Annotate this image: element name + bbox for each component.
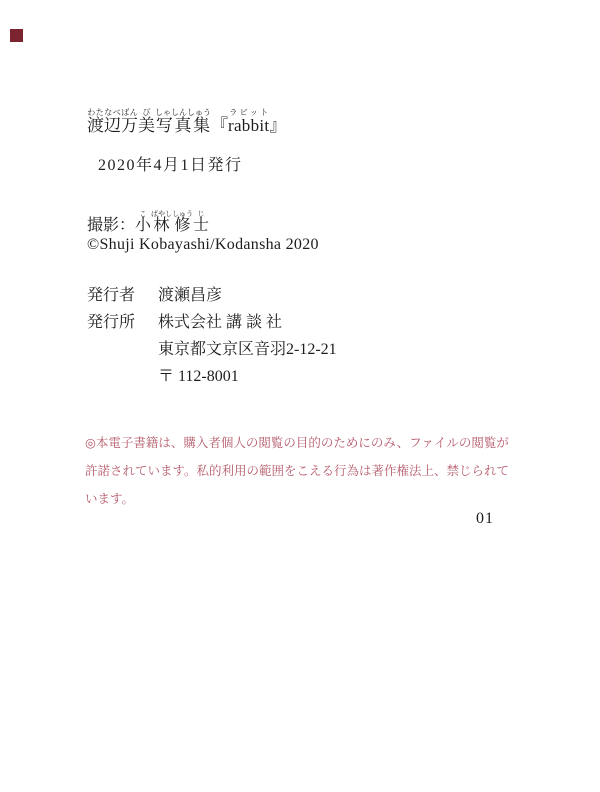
title-ruby-segment: rabbitラビット (228, 116, 269, 135)
title-ruby-segment: 写真集しゃしんしゅう (155, 116, 211, 135)
publisher-address: 東京都文京区音羽2-12-21 (158, 342, 337, 358)
red-square-marker-icon (10, 29, 23, 42)
title-ruby-segment: 美び (138, 116, 155, 135)
title-ruby-segment: 『 (211, 116, 228, 135)
book-title: 渡辺万わたなべばん美び写真集しゃしんしゅう『rabbitラビット』 (87, 108, 286, 134)
photographer-ruby-segment: 修しゅう (172, 217, 193, 234)
title-ruby-segment: 渡辺万わたなべばん (87, 116, 138, 135)
copyright-line: ©Shuji Kobayashi/Kodansha 2020 (87, 237, 319, 253)
photographer-line: 撮影：小こ林ばやし修しゅう士じ (87, 210, 209, 234)
page-number: 01 (87, 511, 494, 527)
publisher-postal-code: 〒 112-8001 (158, 369, 239, 385)
photographer-ruby-segment: 林ばやし (151, 217, 172, 234)
publisher-person-row: 発行者渡瀬昌彦 (87, 288, 222, 304)
colophon-page: 渡辺万わたなべばん美び写真集しゃしんしゅう『rabbitラビット』 2020年4… (0, 0, 600, 792)
disclaimer-line: ◎本電子書籍は、購入者個人の閲覧の目的のためにのみ、ファイルの閲覧が (85, 429, 525, 457)
publisher-person-value: 渡瀬昌彦 (158, 287, 222, 304)
publisher-company-value: 株式会社 講 談 社 (158, 314, 282, 331)
disclaimer-line: います。 (85, 485, 525, 513)
publisher-company-label: 発行所 (87, 315, 158, 331)
title-ruby-segment: 』 (269, 116, 286, 135)
publisher-company-row: 発行所株式会社 講 談 社 (87, 315, 282, 331)
photographer-ruby-segment: 小こ (135, 217, 151, 234)
photo-credit-label: 撮影： (87, 217, 135, 234)
publisher-person-label: 発行者 (87, 288, 158, 304)
photographer-ruby-segment: 士じ (193, 217, 209, 234)
publication-date: 2020年4月1日発行 (98, 158, 243, 174)
copyright-disclaimer: ◎本電子書籍は、購入者個人の閲覧の目的のためにのみ、ファイルの閲覧が 許諾されて… (85, 429, 525, 513)
disclaimer-line: 許諾されています。私的利用の範囲をこえる行為は著作権法上、禁じられて (85, 457, 525, 485)
